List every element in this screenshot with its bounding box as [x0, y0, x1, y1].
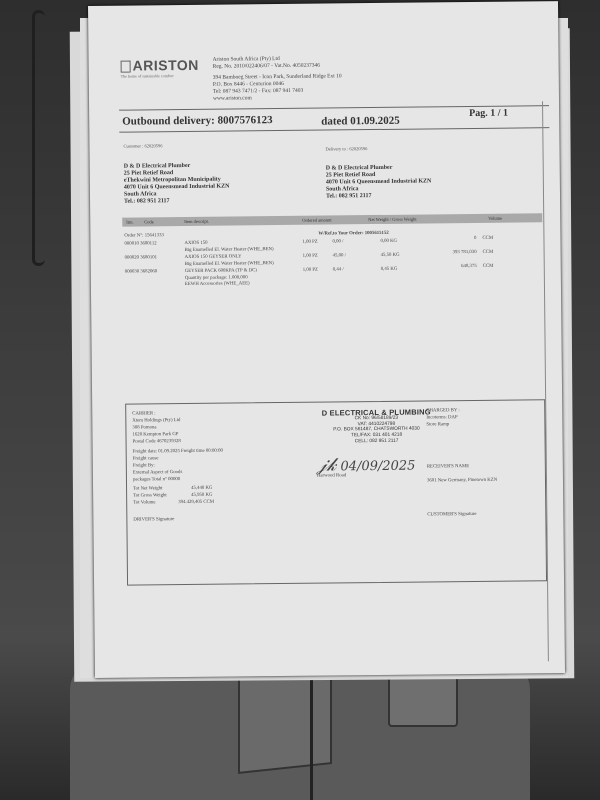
row-item-code: 000020 3680101	[125, 255, 157, 260]
row-gross-weight: 0,00 KG	[380, 239, 397, 244]
receiver-address: 3601 New Germany, Pinetown KZN	[427, 477, 497, 485]
shipping-box: CARRIER : Xtem Holdings (Pty) Ltd 308 Po…	[125, 399, 547, 585]
row-net-weight: 0,44 /	[333, 267, 344, 272]
receiver-name-label: RECEIVER'S NAME	[427, 463, 469, 470]
page-title: Outbound delivery: 8007576123	[122, 114, 272, 128]
delivery-number: Delivery to : 62020596	[325, 146, 367, 151]
col-code: Code	[144, 219, 154, 224]
col-description: Item descript.	[184, 219, 209, 224]
carrier-line: Postal Code 4670239328	[133, 438, 181, 446]
delivery-address: D & D Electrical Plumber 25 Piet Retief …	[326, 164, 432, 200]
customer-signature: CUSTOMER'S Signature	[427, 511, 476, 519]
row-quantity: 1,00 PZ	[302, 240, 317, 245]
row-item-code: 000010 3680112	[124, 241, 156, 246]
total-label: Tot Volume	[133, 499, 178, 506]
row-description: AXIOS 150	[184, 241, 207, 246]
row-unit: CCM	[483, 264, 494, 269]
address-line: 4070 Unit 6 Queensmead Industrial KZN	[124, 184, 230, 192]
total-row: Tot Volume394.429,405 CCM	[133, 499, 214, 507]
freight-info: Freight date: 01.09.2025 Freight time 00…	[133, 448, 224, 484]
row-quantity: 1,00 PZ	[303, 254, 318, 259]
total-value: 45,950 KG	[191, 493, 212, 498]
row-description: AXIOS 150 GEYSER ONLY	[185, 254, 242, 260]
row-net-weight: 0,00 /	[332, 239, 343, 244]
total-value: 394.429,405 CCM	[178, 500, 214, 505]
handwritten-date: 04/09/2025	[340, 459, 415, 475]
stamp-line: CELL: 082 951 2117	[312, 438, 442, 445]
clipboard-edge	[32, 10, 45, 266]
brand-tagline: The home of sustainable comfort	[121, 73, 174, 79]
total-value: 45,440 KG	[191, 486, 212, 491]
totals: Tot Net Weight45,440 KG Tot Gross Weight…	[133, 485, 214, 507]
row-volume: 393 781,030	[435, 250, 477, 255]
row-quantity: 1,00 PZ	[303, 268, 318, 273]
address-line: Tel.: 082 951 2117	[124, 198, 230, 206]
row-net-weight: 45,00 /	[333, 253, 346, 258]
row-volume: 648,375	[435, 264, 477, 269]
row-volume: 0	[434, 236, 476, 241]
customer-number: Customer : 62020596	[123, 143, 162, 148]
row-unit: CCM	[483, 250, 494, 255]
customer-address: D & D Electrical Plumber 25 Piet Retief …	[124, 163, 230, 206]
col-ordered: Ordered amount	[302, 217, 331, 222]
freight-line: Freight date: 01.09.2025 Freight time 00…	[133, 448, 223, 456]
charged-by: CHARGED BY : Incoterms: DAP Store Ramp	[426, 407, 460, 428]
row-item-code: 000030 3682060	[125, 269, 157, 274]
house-icon	[121, 61, 131, 73]
freight-line: packages Total n° 00000	[133, 476, 223, 484]
company-info: Ariston South Africa (Pty) Ltd Reg. No. …	[213, 55, 342, 102]
ariston-logo: ARISTON	[121, 57, 199, 74]
store: Store Ramp	[426, 421, 459, 428]
cable	[310, 660, 313, 800]
row-description: GEYSER PACK 600KPA (TP & DC)	[185, 268, 257, 274]
driver-signature: DRIVER'S Signature	[133, 516, 174, 523]
table-header: Itm. Code Item descript. Ordered amount …	[122, 213, 542, 226]
page-number: Pag. 1 / 1	[469, 108, 508, 119]
row-subtext: Quantity per package: 1.000,000	[185, 275, 248, 281]
company-web: www.ariston.com	[213, 94, 342, 102]
road: Harwood Road	[317, 472, 346, 479]
col-weight: Net Weight / Gross Weight	[368, 217, 416, 223]
row-unit: CCM	[482, 236, 493, 241]
carrier-info: Xtem Holdings (Pty) Ltd 308 Pomona 1620 …	[132, 417, 181, 446]
address-line: Tel.: 082 951 2117	[326, 192, 432, 200]
divider	[119, 127, 549, 133]
address-line: 4070 Unit 6 Queensmead Industrial KZN	[326, 178, 432, 186]
order-number: Order N°: 15641333	[124, 233, 164, 238]
row-gross-weight: 45,50 KG	[381, 253, 400, 258]
company-stamp: D ELECTRICAL & PLUMBING CK No: 96/58189/…	[311, 409, 441, 445]
delivery-note-page: ARISTON The home of sustainable comfort …	[88, 1, 565, 678]
row-gross-weight: 0,45 KG	[381, 267, 398, 272]
row-subtext: Big Enamelled El. Water Heater (WHE_BEN)	[185, 247, 274, 253]
row-subtext: Big Enamelled El. Water Heater (WHE_BEN)	[185, 261, 274, 267]
document-date: dated 01.09.2025	[321, 115, 400, 128]
order-reference: W/Ref.to Your Order: 1005615152	[318, 231, 388, 237]
col-volume: Volume	[488, 216, 502, 221]
row-subtext: EEWH Accessories (WHE_AEE)	[185, 281, 250, 287]
col-item: Itm.	[126, 220, 133, 225]
